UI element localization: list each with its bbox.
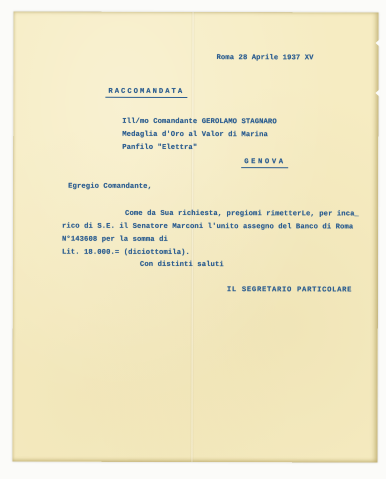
closing-line: Con distinti saluti — [140, 261, 224, 269]
body-line-2: rico di S.E. il Senatore Marconi l'unito… — [62, 223, 353, 232]
date-line: Roma 28 Aprile 1937 XV — [216, 54, 313, 62]
salutation: Egregio Comandante, — [68, 183, 152, 191]
fold-crease — [190, 12, 194, 462]
body-line-4: Lit. 18.000.= (diciottomila). — [62, 249, 190, 257]
paper-sheet: Roma 28 Aprile 1937 XV RACCOMANDATA Ill/… — [12, 12, 378, 463]
recipient-city-text: GENOVA — [241, 158, 289, 168]
paper-edge-notch — [375, 88, 380, 97]
recipient-name-line: Ill/mo Comandante GEROLAMO STAGNARO — [122, 118, 276, 126]
body-line-3: N°143608 per la somma di — [62, 236, 168, 244]
recipient-city: GENOVA — [241, 158, 289, 166]
scanned-letter-page: { "scan": { "paper_color": "#f6ecc2", "i… — [0, 0, 386, 479]
signature-block: IL SEGRETARIO PARTICOLARE — [227, 286, 352, 294]
registered-label: RACCOMANDATA — [105, 88, 187, 96]
body-line-1: Come da Sua richiesta, pregiomi rimetter… — [125, 210, 359, 219]
registered-label-text: RACCOMANDATA — [105, 88, 187, 98]
recipient-honor-line: Medaglia d'Oro al Valor di Marina — [122, 131, 268, 139]
recipient-yacht-line: Panfilo "Elettra" — [122, 144, 197, 152]
paper-edge-notch — [375, 38, 380, 47]
